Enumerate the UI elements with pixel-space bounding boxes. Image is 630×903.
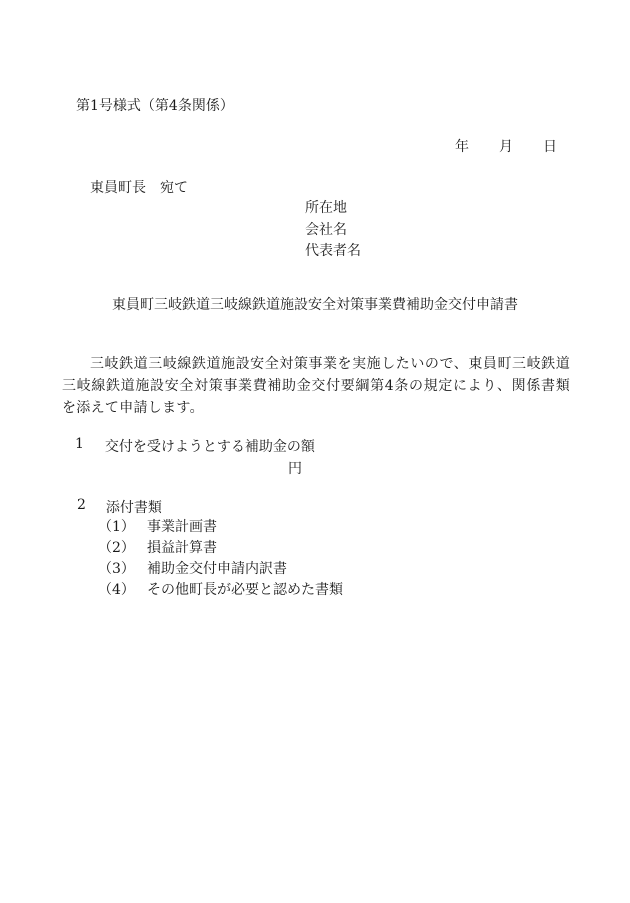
addressee: 東員町長 宛て — [90, 177, 188, 197]
date-year-label: 年 — [455, 136, 469, 156]
attachment-item: （3） 補助金交付申請内訳書 — [98, 559, 343, 580]
attachment-item: （1） 事業計画書 — [98, 517, 343, 538]
attachment-item-label: 補助金交付申請内訳書 — [147, 559, 287, 580]
date-line: 年 月 日 — [455, 136, 557, 156]
attachment-item-number: （2） — [98, 538, 147, 559]
document-page: 第1号様式（第4条関係） 年 月 日 東員町長 宛て 所在地 会社名 代表者名 … — [0, 0, 630, 903]
section-1-number: 1 — [75, 436, 84, 456]
sender-field-representative: 代表者名 — [305, 241, 361, 263]
form-number: 第1号様式（第4条関係） — [76, 95, 234, 115]
attachment-item-label: その他町長が必要と認めた書類 — [147, 580, 343, 601]
attachment-item-label: 事業計画書 — [147, 517, 217, 538]
date-day-label: 日 — [543, 136, 557, 156]
attachment-list: （1） 事業計画書 （2） 損益計算書 （3） 補助金交付申請内訳書 （4） そ… — [98, 517, 343, 601]
sender-field-location: 所在地 — [305, 198, 361, 220]
attachment-item-label: 損益計算書 — [147, 538, 217, 559]
section-2-number: 2 — [77, 497, 86, 517]
amount-unit-label: 円 — [288, 458, 302, 478]
attachment-item-number: （4） — [98, 580, 147, 601]
attachment-item: （2） 損益計算書 — [98, 538, 343, 559]
document-title: 東員町三岐鉄道三岐線鉄道施設安全対策事業費補助金交付申請書 — [0, 294, 630, 314]
section-1-heading: 1 交付を受けようとする補助金の額 — [75, 436, 315, 456]
sender-field-company: 会社名 — [305, 220, 361, 242]
section-2-heading: 2 添付書類 — [77, 497, 162, 517]
attachment-item-number: （3） — [98, 559, 147, 580]
section-1-label: 交付を受けようとする補助金の額 — [105, 436, 315, 456]
attachment-item-number: （1） — [98, 517, 147, 538]
attachment-item: （4） その他町長が必要と認めた書類 — [98, 580, 343, 601]
date-month-label: 月 — [499, 136, 513, 156]
body-paragraph: 三岐鉄道三岐線鉄道施設安全対策事業を実施したいので、東員町三岐鉄道三岐線鉄道施設… — [62, 353, 570, 419]
section-2-label: 添付書類 — [106, 497, 162, 517]
sender-block: 所在地 会社名 代表者名 — [305, 198, 361, 263]
